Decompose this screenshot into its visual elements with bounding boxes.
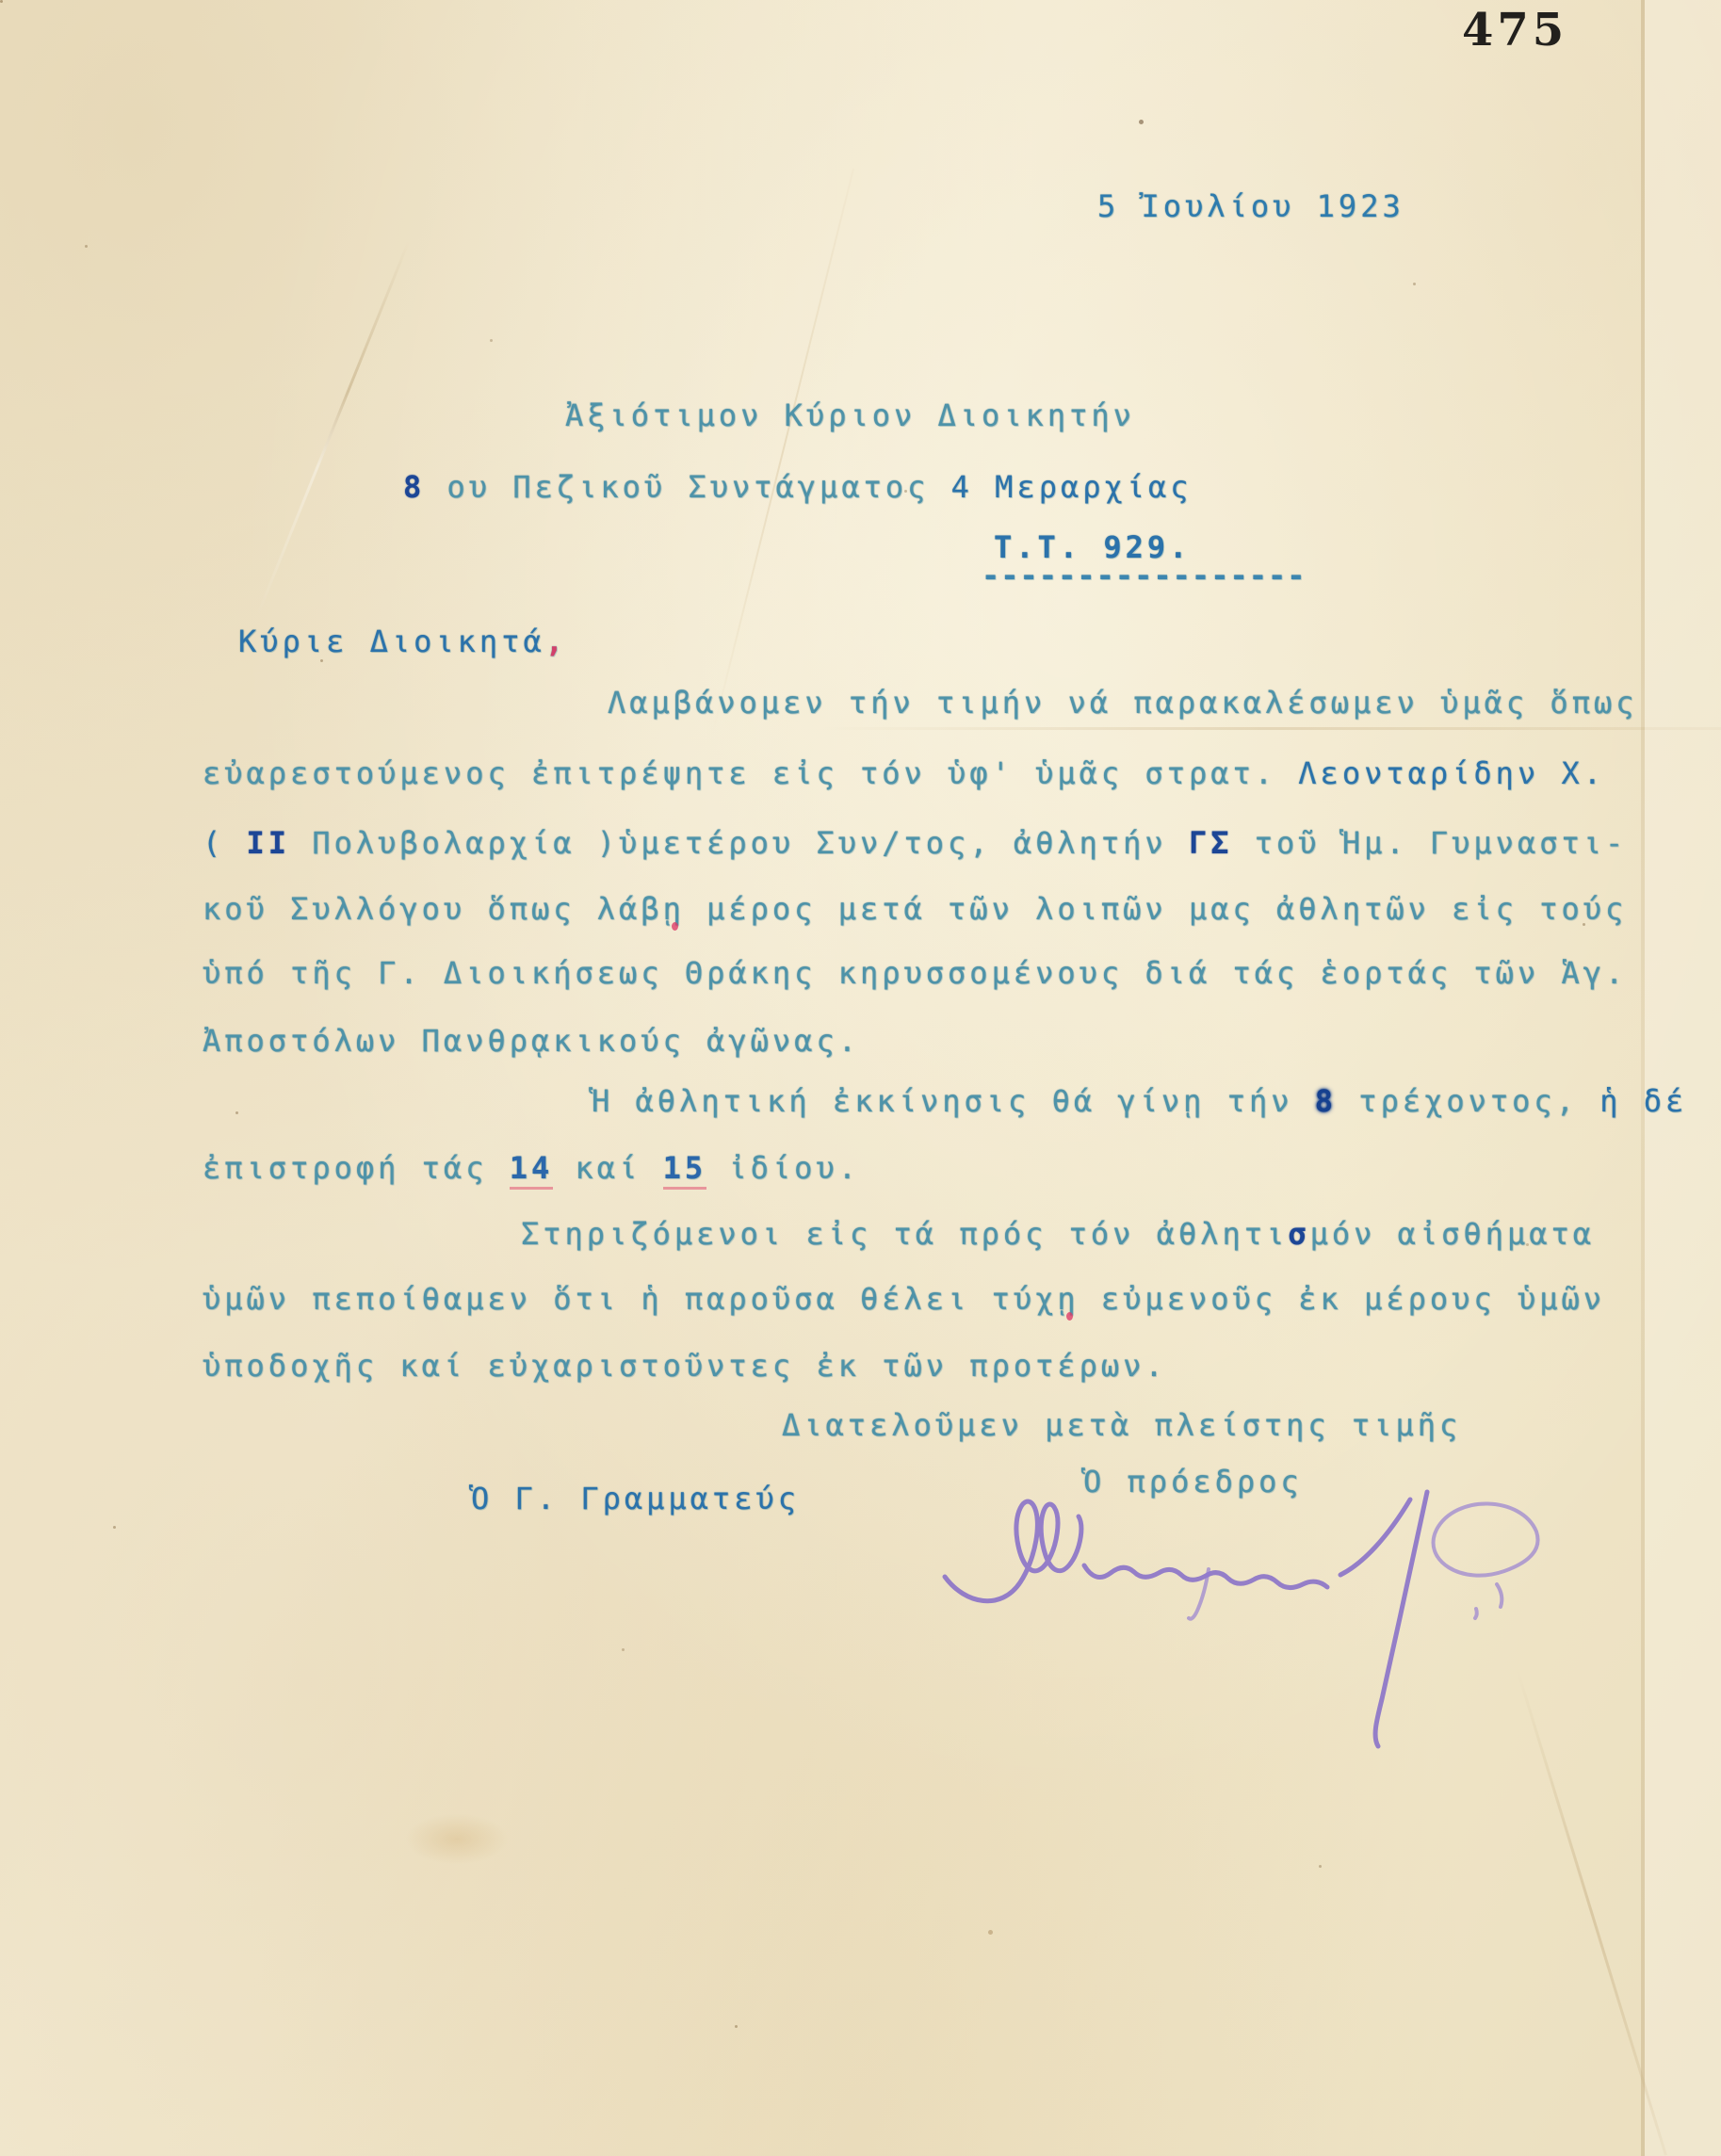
body-line: Ἡ ἀθλητική ἐκκίνησις θά γίνῃ τήν 8 τρέχο… (592, 1083, 1687, 1119)
paper-edge-seam (1641, 0, 1645, 2156)
body-line: ἐπιστροφή τάς 14 καί 15 ἰδίου. (203, 1150, 860, 1186)
signature (928, 1471, 1587, 1773)
secretary-label: Ὁ Γ. Γραμματεύς (471, 1481, 800, 1516)
body-line: εὐαρεστούμενος ἐπιτρέψητε εἰς τόν ὑφ' ὑμ… (203, 755, 1605, 791)
body-line: Ἀποστόλων Πανθρᾳκικούς ἀγῶνας. (203, 1023, 860, 1059)
paper-crease (820, 727, 1721, 730)
body-line: κοῦ Συλλόγου ὅπως λάβῃ μέρος μετά τῶν λο… (203, 891, 1627, 927)
paper-edge-strip (1645, 0, 1721, 2156)
recipient-line-2: 8 ου Πεζικοῦ Συντάγματος 4 Μεραρχίας (403, 469, 1193, 505)
date-line: 5 Ἰουλίου 1923 (1097, 188, 1404, 224)
body-line: ὑπό τῆς Γ. Διοικήσεως Θράκης κηρυσσομένο… (203, 955, 1627, 991)
page-number: 475 (1462, 4, 1567, 57)
body-line: Στηριζόμενοι εἰς τά πρός τόν ἀθλητισμόν … (521, 1216, 1595, 1252)
field-post-underline: ----------------- (982, 558, 1307, 593)
recipient-line-1: Ἀξιότιμον Κύριον Διοικητήν (565, 397, 1135, 433)
paper-crease (256, 240, 411, 617)
paper-specks (0, 0, 3, 3)
body-line: ὑμῶν πεποίθαμεν ὅτι ἡ παροῦσα θέλει τύχῃ… (203, 1281, 1605, 1317)
body-line: Λαμβάνομεν τήν τιμήν νά παρακαλέσωμεν ὑμ… (608, 685, 1637, 721)
salutation: Κύριε Διοικητά, (238, 624, 567, 659)
paper-crease (711, 169, 854, 736)
body-line: ὑποδοχῆς καί εὐχαριστοῦντες ἐκ τῶν προτέ… (203, 1348, 1167, 1384)
body-line: ( ΙΙ Πολυβολαρχία )ὑμετέρου Συν/τος, ἀθλ… (203, 825, 1627, 861)
paper-stain (405, 1813, 509, 1865)
closing-line: Διατελοῦμεν μετὰ πλείστης τιμῆς (782, 1407, 1461, 1443)
letter-page: 475 5 Ἰουλίου 1923 Ἀξιότιμον Κύριον Διοι… (0, 0, 1721, 2156)
